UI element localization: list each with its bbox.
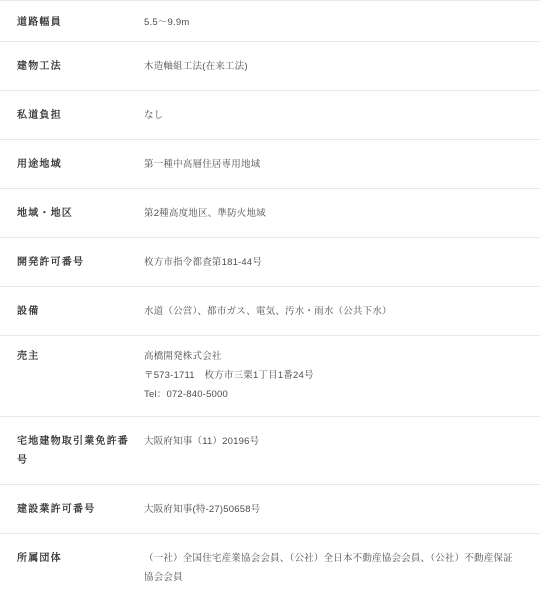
row-value: 大阪府知事（11）20196号 — [144, 432, 520, 451]
row-value: 木造軸組工法(在来工法) — [144, 57, 520, 76]
table-row: 道路幅員5.5〜9.9m — [0, 1, 540, 42]
property-spec-table: 道路幅員5.5〜9.9m建物工法木造軸組工法(在来工法)私道負担なし用途地域第一… — [0, 0, 540, 600]
row-value: 水道（公営）、都市ガス、電気、汚水・雨水（公共下水） — [144, 302, 520, 321]
row-value: （一社）全国住宅産業協会会員、（公社）全日本不動産協会会員、（公社）不動産保証 … — [144, 549, 520, 587]
table-row: 建物工法木造軸組工法(在来工法) — [0, 42, 540, 91]
row-label: 設備 — [17, 302, 137, 321]
table-row: 所属団体（一社）全国住宅産業協会会員、（公社）全日本不動産協会会員、（公社）不動… — [0, 534, 540, 600]
table-row: 用途地域第一種中高層住居専用地域 — [0, 140, 540, 189]
row-value: 大阪府知事(特-27)50658号 — [144, 500, 520, 519]
row-value: 高橋開発株式会社 〒573-1711 枚方市三栗1丁目1番24号 Tel：072… — [144, 347, 520, 404]
row-label: 建物工法 — [17, 57, 137, 76]
row-label: 建設業許可番号 — [17, 500, 137, 519]
table-row: 宅地建物取引業免許番 号大阪府知事（11）20196号 — [0, 417, 540, 485]
row-label: 所属団体 — [17, 549, 137, 568]
row-label: 地域・地区 — [17, 204, 137, 223]
row-value: なし — [144, 106, 520, 125]
table-row: 地域・地区第2種高度地区、準防火地域 — [0, 189, 540, 238]
row-label: 宅地建物取引業免許番 号 — [17, 432, 137, 470]
row-value: 枚方市指令都査第181-44号 — [144, 253, 520, 272]
row-label: 開発許可番号 — [17, 253, 137, 272]
table-row: 建設業許可番号大阪府知事(特-27)50658号 — [0, 485, 540, 534]
table-row: 設備水道（公営）、都市ガス、電気、汚水・雨水（公共下水） — [0, 287, 540, 336]
table-row: 私道負担なし — [0, 91, 540, 140]
row-label: 私道負担 — [17, 106, 137, 125]
row-label: 道路幅員 — [17, 13, 137, 32]
table-row: 開発許可番号枚方市指令都査第181-44号 — [0, 238, 540, 287]
row-value: 5.5〜9.9m — [144, 13, 520, 32]
row-value: 第一種中高層住居専用地域 — [144, 155, 520, 174]
row-label: 売主 — [17, 347, 137, 366]
table-row: 売主高橋開発株式会社 〒573-1711 枚方市三栗1丁目1番24号 Tel：0… — [0, 336, 540, 417]
row-value: 第2種高度地区、準防火地域 — [144, 204, 520, 223]
row-label: 用途地域 — [17, 155, 137, 174]
